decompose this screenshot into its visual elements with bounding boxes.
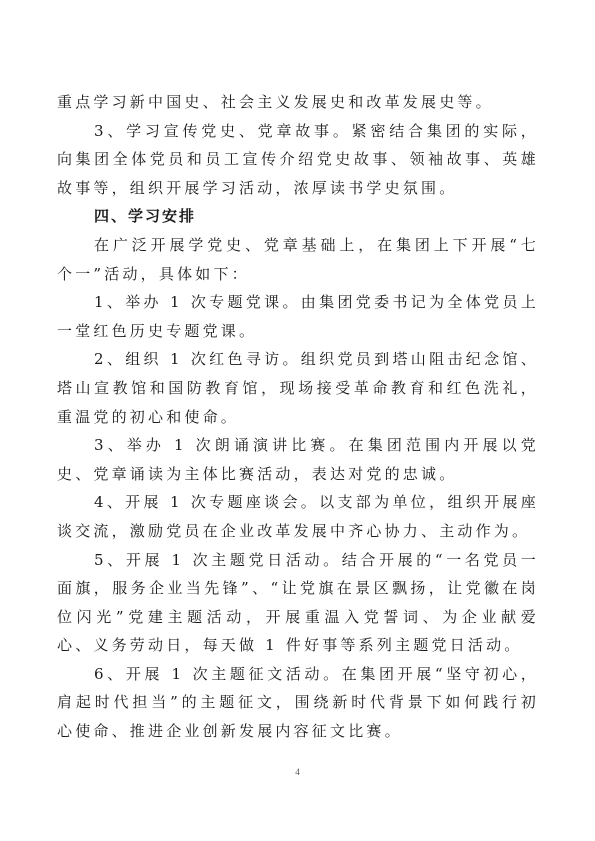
paragraph-item-6: 6、开展 1 次主题征文活动。在集团开展“坚守初心，肩起时代担当”的主题征文，围… [57, 660, 539, 746]
paragraph-continuation: 重点学习新中国史、社会主义发展史和改革发展史等。 [57, 88, 539, 117]
document-page: 重点学习新中国史、社会主义发展史和改革发展史等。 3、学习宣传党史、党章故事。紧… [0, 0, 595, 841]
document-body: 重点学习新中国史、社会主义发展史和改革发展史等。 3、学习宣传党史、党章故事。紧… [57, 88, 539, 746]
paragraph-item-1: 1、举办 1 次专题党课。由集团党委书记为全体党员上一堂红色历史专题党课。 [57, 288, 539, 345]
paragraph-item-3: 3、举办 1 次朗诵演讲比赛。在集团范围内开展以党史、党章诵读为主体比赛活动，表… [57, 431, 539, 488]
paragraph-item-2: 2、组织 1 次红色寻访。组织党员到塔山阻击纪念馆、塔山宣教馆和国防教育馆，现场… [57, 345, 539, 431]
paragraph-item-4: 4、开展 1 次专题座谈会。以支部为单位，组织开展座谈交流，激励党员在企业改革发… [57, 488, 539, 545]
page-number: 4 [0, 767, 595, 777]
paragraph-intro: 在广泛开展学党史、党章基础上，在集团上下开展“七个一”活动，具体如下： [57, 231, 539, 288]
paragraph-item-5: 5、开展 1 次主题党日活动。结合开展的“一名党员一面旗，服务企业当先锋”、“让… [57, 546, 539, 660]
paragraph-item-3-study: 3、学习宣传党史、党章故事。紧密结合集团的实际，向集团全体党员和员工宣传介绍党史… [57, 117, 539, 203]
section-heading-study-arrangement: 四、学习安排 [57, 202, 539, 231]
